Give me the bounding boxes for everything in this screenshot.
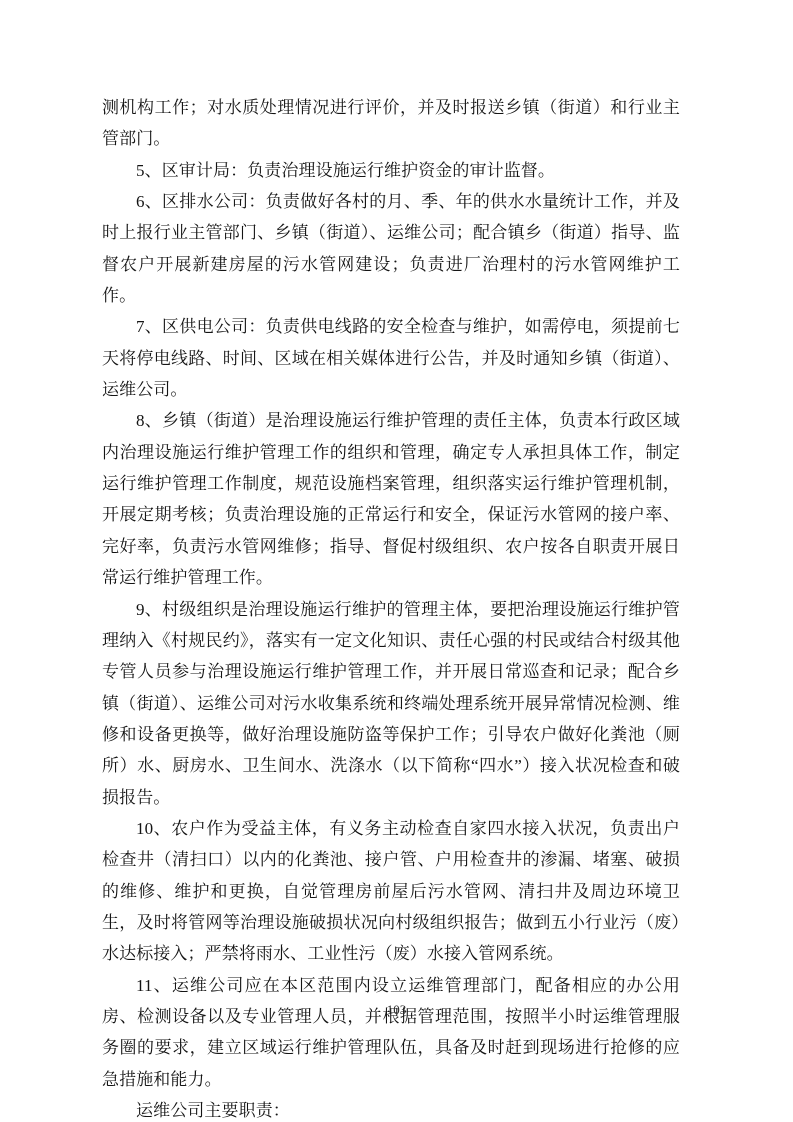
page-number: 103 bbox=[0, 1002, 793, 1018]
paragraph-item-11: 11、运维公司应在本区范围内设立运维管理部门，配备相应的办公用房、检测设备以及专… bbox=[102, 970, 680, 1095]
paragraph-item-5: 5、区审计局：负责治理设施运行维护资金的审计监督。 bbox=[102, 155, 680, 186]
document-body: 测机构工作；对水质处理情况进行评价，并及时报送乡镇（街道）和行业主管部门。 5、… bbox=[102, 92, 680, 1122]
paragraph-continuation: 测机构工作；对水质处理情况进行评价，并及时报送乡镇（街道）和行业主管部门。 bbox=[102, 92, 680, 155]
paragraph-item-9: 9、村级组织是治理设施运行维护的管理主体，要把治理设施运行维护管理纳入《村规民约… bbox=[102, 594, 680, 813]
paragraph-item-6: 6、区排水公司：负责做好各村的月、季、年的供水水量统计工作，并及时上报行业主管部… bbox=[102, 186, 680, 311]
document-page: 测机构工作；对水质处理情况进行评价，并及时报送乡镇（街道）和行业主管部门。 5、… bbox=[102, 92, 680, 1122]
paragraph-item-10: 10、农户作为受益主体，有义务主动检查自家四水接入状况，负责出户检查井（清扫口）… bbox=[102, 813, 680, 970]
paragraph-closing-lead: 运维公司主要职责： bbox=[102, 1095, 680, 1122]
paragraph-item-7: 7、区供电公司：负责供电线路的安全检查与维护，如需停电，须提前七天将停电线路、时… bbox=[102, 311, 680, 405]
document-window: { "document": { "paragraphs": [ { "inden… bbox=[0, 0, 793, 1122]
paragraph-item-8: 8、乡镇（街道）是治理设施运行维护管理的责任主体，负责本行政区域内治理设施运行维… bbox=[102, 405, 680, 593]
